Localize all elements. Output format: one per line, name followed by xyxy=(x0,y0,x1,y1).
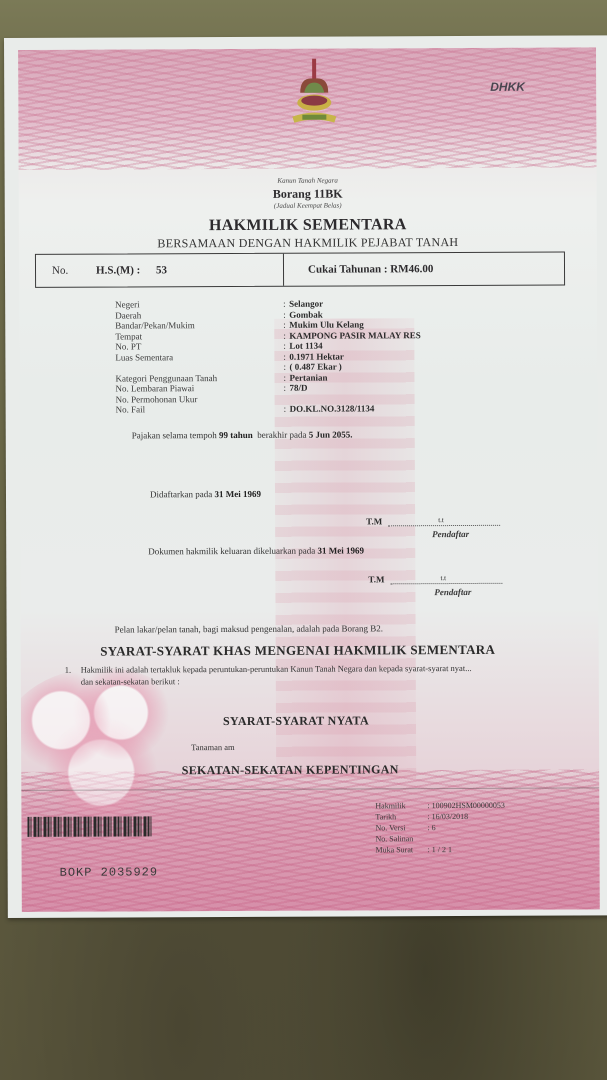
land-detail-label xyxy=(115,362,283,373)
land-detail-value: Pertanian xyxy=(289,372,327,383)
metadata-row: No. Salinan xyxy=(375,833,505,845)
metadata-label: Muka Surat xyxy=(376,844,422,855)
land-detail-value: ( 0.487 Ekar ) xyxy=(289,362,341,373)
lease-prefix: Pajakan selama tempoh xyxy=(132,430,217,440)
signature-mark: t.t xyxy=(440,574,446,582)
document-sheet: DHKK Kanun Tanah Negara Borang 11BK (Jad… xyxy=(18,47,600,912)
land-detail-value: Lot 1134 xyxy=(289,341,322,352)
title-number-box: No. H.S.(M) : 53 Cukai Tahunan : RM46.00 xyxy=(35,252,565,288)
metadata-label: Hakmilik xyxy=(375,800,421,811)
land-detail-label: No. Fail xyxy=(116,404,284,415)
no-label: No. xyxy=(52,265,96,277)
document-code: DHKK xyxy=(490,80,525,94)
land-detail-label: Tempat xyxy=(115,330,283,341)
special-conditions-item: 1.Hakmilik ini adalah tertakluk kepada p… xyxy=(65,662,472,688)
lease-statement: Pajakan selama tempoh 99 tahun berakhir … xyxy=(132,429,353,440)
land-detail-label: Kategori Penggunaan Tanah xyxy=(115,372,283,383)
metadata-value: : 1 / 2 1 xyxy=(422,844,453,855)
item-line-1: Hakmilik ini adalah tertakluk kepada per… xyxy=(81,663,472,675)
form-schedule-note: (Jadual Keempat Belas) xyxy=(19,200,597,211)
hs-value: 53 xyxy=(156,264,167,276)
metadata-row: Tarikh: 16/03/2018 xyxy=(375,811,505,823)
metadata-label: No. Versi xyxy=(375,822,421,833)
title-metadata: Hakmilik: 100902HSM00000053Tarikh: 16/03… xyxy=(375,800,505,856)
registrar-label-2: Pendaftar xyxy=(434,587,471,597)
land-detail-value: KAMPONG PASIR MALAY RES xyxy=(289,330,420,341)
land-detail-value: DO.KL.NO.3128/1134 xyxy=(290,403,375,414)
land-detail-label: No. PT xyxy=(115,341,283,352)
title-number-cell: No. H.S.(M) : 53 xyxy=(36,254,284,287)
land-detail-label: No. Permohonan Ukur xyxy=(116,393,284,404)
hs-label: H.S.(M) : xyxy=(96,264,156,276)
registrar-signature-line-1: T.M t.t xyxy=(366,516,500,527)
land-detail-value: 78/D xyxy=(290,383,308,394)
lease-end-date: 5 Jun 2055. xyxy=(309,429,353,439)
land-detail-row: No. Fail:DO.KL.NO.3128/1134 xyxy=(116,403,421,415)
serial-number: BOKP 2035929 xyxy=(60,865,158,879)
tm-label: T.M xyxy=(366,516,382,526)
item-line-2: dan sekatan-sekatan berikut : xyxy=(81,676,180,686)
registrar-label-1: Pendaftar xyxy=(432,529,469,539)
restrictions-heading: SEKATAN-SEKATAN KEPENTINGAN xyxy=(18,761,579,779)
lease-middle: berakhir pada xyxy=(257,430,306,440)
registrar-signature-line-2: T.M t.t xyxy=(368,574,502,585)
metadata-row: No. Versi: 6 xyxy=(375,822,505,834)
signature-mark: t.t xyxy=(438,516,444,524)
document-subtitle: BERSAMAAN DENGAN HAKMILIK PEJABAT TANAH xyxy=(19,234,597,252)
signature-dots: t.t xyxy=(388,518,500,526)
metadata-row: Hakmilik: 100902HSM00000053 xyxy=(375,800,505,812)
metadata-label: No. Salinan xyxy=(375,833,421,844)
annual-tax-cell: Cukai Tahunan : RM46.00 xyxy=(284,263,433,276)
special-conditions-heading: SYARAT-SYARAT KHAS MENGENAI HAKMILIK SEM… xyxy=(18,641,587,660)
land-detail-value: Gombak xyxy=(289,309,323,320)
issued-prefix: Dokumen hakmilik keluaran dikeluarkan pa… xyxy=(148,546,315,557)
land-detail-value: Mukim Ulu Kelang xyxy=(289,319,364,330)
registered-prefix: Didaftarkan pada xyxy=(150,489,212,499)
land-detail-value: 0.1971 Hektar xyxy=(289,351,344,362)
land-detail-label: Daerah xyxy=(115,309,283,320)
annual-tax-label: Cukai Tahunan : xyxy=(308,263,388,275)
express-conditions-heading: SYARAT-SYARAT NYATA xyxy=(18,712,585,730)
land-details: Negeri:SelangorDaerah:GombakBandar/Pekan… xyxy=(115,298,421,415)
issued-statement: Dokumen hakmilik keluaran dikeluarkan pa… xyxy=(148,545,364,556)
item-number: 1. xyxy=(65,664,81,676)
metadata-value: : 100902HSM00000053 xyxy=(421,800,505,811)
barcode-icon xyxy=(27,816,151,837)
land-title-document: DHKK Kanun Tanah Negara Borang 11BK (Jad… xyxy=(4,35,607,918)
issued-date: 31 Mei 1969 xyxy=(317,545,364,555)
express-conditions-text: Tanaman am xyxy=(191,742,235,752)
plan-note: Pelan lakar/pelan tanah, bagi maksud pen… xyxy=(115,623,383,634)
land-detail-row: Tempat:KAMPONG PASIR MALAY RES xyxy=(115,330,420,342)
registered-statement: Didaftarkan pada 31 Mei 1969 xyxy=(150,489,261,499)
metadata-value: : 16/03/2018 xyxy=(421,811,468,822)
metadata-value: : 6 xyxy=(421,822,435,833)
document-title: HAKMILIK SEMENTARA xyxy=(19,215,597,236)
land-detail-label: Negeri xyxy=(115,299,283,310)
lease-years: 99 tahun xyxy=(219,430,253,440)
annual-tax-value: RM46.00 xyxy=(390,263,433,275)
law-name: Kanun Tanah Negara xyxy=(19,175,597,186)
metadata-row: Muka Surat: 1 / 2 1 xyxy=(376,844,506,856)
colon-separator xyxy=(284,393,290,404)
land-detail-label: Luas Sementara xyxy=(115,351,283,362)
land-detail-value: Selangor xyxy=(289,299,323,310)
state-crest-icon xyxy=(286,59,342,129)
tm-label: T.M xyxy=(368,574,384,584)
land-detail-label: No. Lembaran Piawai xyxy=(116,383,284,394)
registered-date: 31 Mei 1969 xyxy=(214,489,261,499)
metadata-label: Tarikh xyxy=(375,811,421,822)
signature-dots: t.t xyxy=(390,576,502,584)
metadata-value xyxy=(421,833,427,844)
land-detail-label: Bandar/Pekan/Mukim xyxy=(115,320,283,331)
